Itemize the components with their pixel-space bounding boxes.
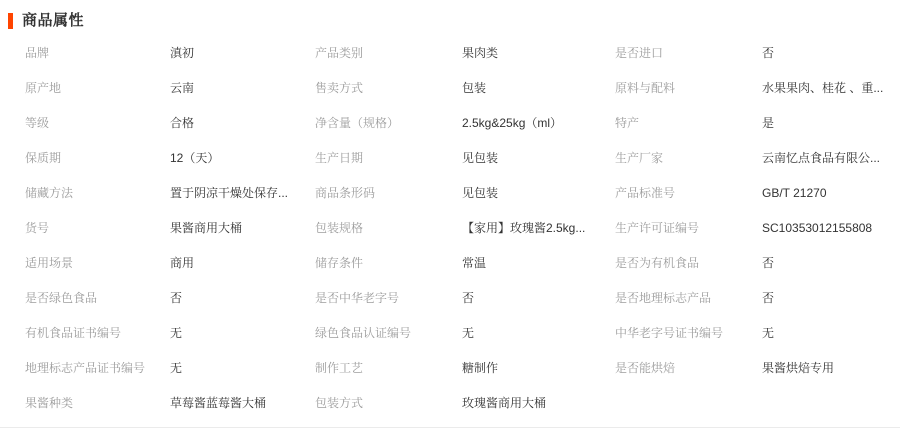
attribute-value: 水果果肉、桂花 、重...: [762, 79, 900, 96]
attribute-value: 果酱商用大桶: [170, 219, 315, 236]
attribute-value: 置于阴凉干燥处保存...: [170, 184, 315, 201]
attribute-value: 商用: [170, 254, 315, 271]
attribute-label: 品牌: [25, 44, 170, 61]
attribute-value: SC10353012155808: [762, 221, 900, 235]
attribute-label: 是否能烘焙: [615, 359, 762, 376]
attribute-row: 货号果酱商用大桶包装规格【家用】玫瑰酱2.5kg...生产许可证编号SC1035…: [25, 210, 900, 245]
attribute-value: 无: [462, 324, 615, 341]
attribute-label: 产品标准号: [615, 184, 762, 201]
attribute-label: 货号: [25, 219, 170, 236]
attribute-label: 原产地: [25, 79, 170, 96]
attribute-row: 品牌滇初产品类别果肉类是否进口否: [25, 35, 900, 70]
attribute-label: 绿色食品认证编号: [315, 324, 462, 341]
attribute-label: 生产厂家: [615, 149, 762, 166]
section-header: 商品属性: [0, 0, 900, 32]
attribute-label: 售卖方式: [315, 79, 462, 96]
attribute-value: 滇初: [170, 44, 315, 61]
attribute-value: GB/T 21270: [762, 186, 900, 200]
attribute-label: 等级: [25, 114, 170, 131]
attribute-value: 云南忆点食品有限公...: [762, 149, 900, 166]
attribute-value: 否: [462, 289, 615, 306]
attribute-label: 是否地理标志产品: [615, 289, 762, 306]
attribute-value: 无: [170, 359, 315, 376]
attribute-value: 是: [762, 114, 900, 131]
attribute-value: 云南: [170, 79, 315, 96]
attribute-row: 果酱种类草莓酱蓝莓酱大桶包装方式玫瑰酱商用大桶: [25, 385, 900, 420]
attribute-value: 否: [762, 44, 900, 61]
attribute-value: 见包装: [462, 149, 615, 166]
attribute-row: 原产地云南售卖方式包装原料与配料水果果肉、桂花 、重...: [25, 70, 900, 105]
attribute-row: 保质期12（天）生产日期见包装生产厂家云南忆点食品有限公...: [25, 140, 900, 175]
attribute-label: 生产许可证编号: [615, 219, 762, 236]
attribute-label: 商品条形码: [315, 184, 462, 201]
attribute-label: 制作工艺: [315, 359, 462, 376]
attribute-label: 净含量（规格）: [315, 114, 462, 131]
attribute-row: 地理标志产品证书编号无制作工艺糖制作是否能烘焙果酱烘焙专用: [25, 350, 900, 385]
attribute-value: 12（天）: [170, 149, 315, 166]
attribute-label: 原料与配料: [615, 79, 762, 96]
attribute-row: 适用场景商用储存条件常温是否为有机食品否: [25, 245, 900, 280]
attribute-value: 见包装: [462, 184, 615, 201]
attribute-label: 产品类别: [315, 44, 462, 61]
attribute-label: 是否绿色食品: [25, 289, 170, 306]
attribute-value: 无: [762, 324, 900, 341]
attribute-value: 玫瑰酱商用大桶: [462, 394, 615, 411]
attribute-label: 中华老字号证书编号: [615, 324, 762, 341]
attribute-row: 有机食品证书编号无绿色食品认证编号无中华老字号证书编号无: [25, 315, 900, 350]
attribute-label: 保质期: [25, 149, 170, 166]
section-title: 商品属性: [22, 13, 84, 28]
attribute-value: 否: [762, 289, 900, 306]
attribute-value: 包装: [462, 79, 615, 96]
attribute-row: 是否绿色食品否是否中华老字号否是否地理标志产品否: [25, 280, 900, 315]
attribute-value: 常温: [462, 254, 615, 271]
attribute-value: 否: [170, 289, 315, 306]
attribute-value: 否: [762, 254, 900, 271]
attribute-label: 地理标志产品证书编号: [25, 359, 170, 376]
attribute-label: 生产日期: [315, 149, 462, 166]
attribute-value: 果肉类: [462, 44, 615, 61]
attribute-label: 包装方式: [315, 394, 462, 411]
attribute-label: 储藏方法: [25, 184, 170, 201]
attribute-value: 【家用】玫瑰酱2.5kg...: [462, 219, 615, 236]
attribute-label: 适用场景: [25, 254, 170, 271]
attribute-label: 有机食品证书编号: [25, 324, 170, 341]
accent-bar-icon: [8, 13, 13, 29]
attribute-label: 是否中华老字号: [315, 289, 462, 306]
attribute-label: 果酱种类: [25, 394, 170, 411]
attribute-row: 储藏方法置于阴凉干燥处保存...商品条形码见包装产品标准号GB/T 21270: [25, 175, 900, 210]
attribute-value: 无: [170, 324, 315, 341]
attribute-row: 等级合格净含量（规格）2.5kg&25kg（ml）特产是: [25, 105, 900, 140]
attribute-value: 糖制作: [462, 359, 615, 376]
attribute-label: 特产: [615, 114, 762, 131]
attribute-value: 2.5kg&25kg（ml）: [462, 114, 615, 131]
attribute-label: 是否进口: [615, 44, 762, 61]
attribute-value: 草莓酱蓝莓酱大桶: [170, 394, 315, 411]
attribute-value: 合格: [170, 114, 315, 131]
attribute-value: 果酱烘焙专用: [762, 359, 900, 376]
attribute-label: 储存条件: [315, 254, 462, 271]
attribute-label: 包装规格: [315, 219, 462, 236]
attribute-table: 品牌滇初产品类别果肉类是否进口否原产地云南售卖方式包装原料与配料水果果肉、桂花 …: [0, 32, 900, 420]
bottom-divider: [0, 427, 900, 428]
attribute-label: 是否为有机食品: [615, 254, 762, 271]
